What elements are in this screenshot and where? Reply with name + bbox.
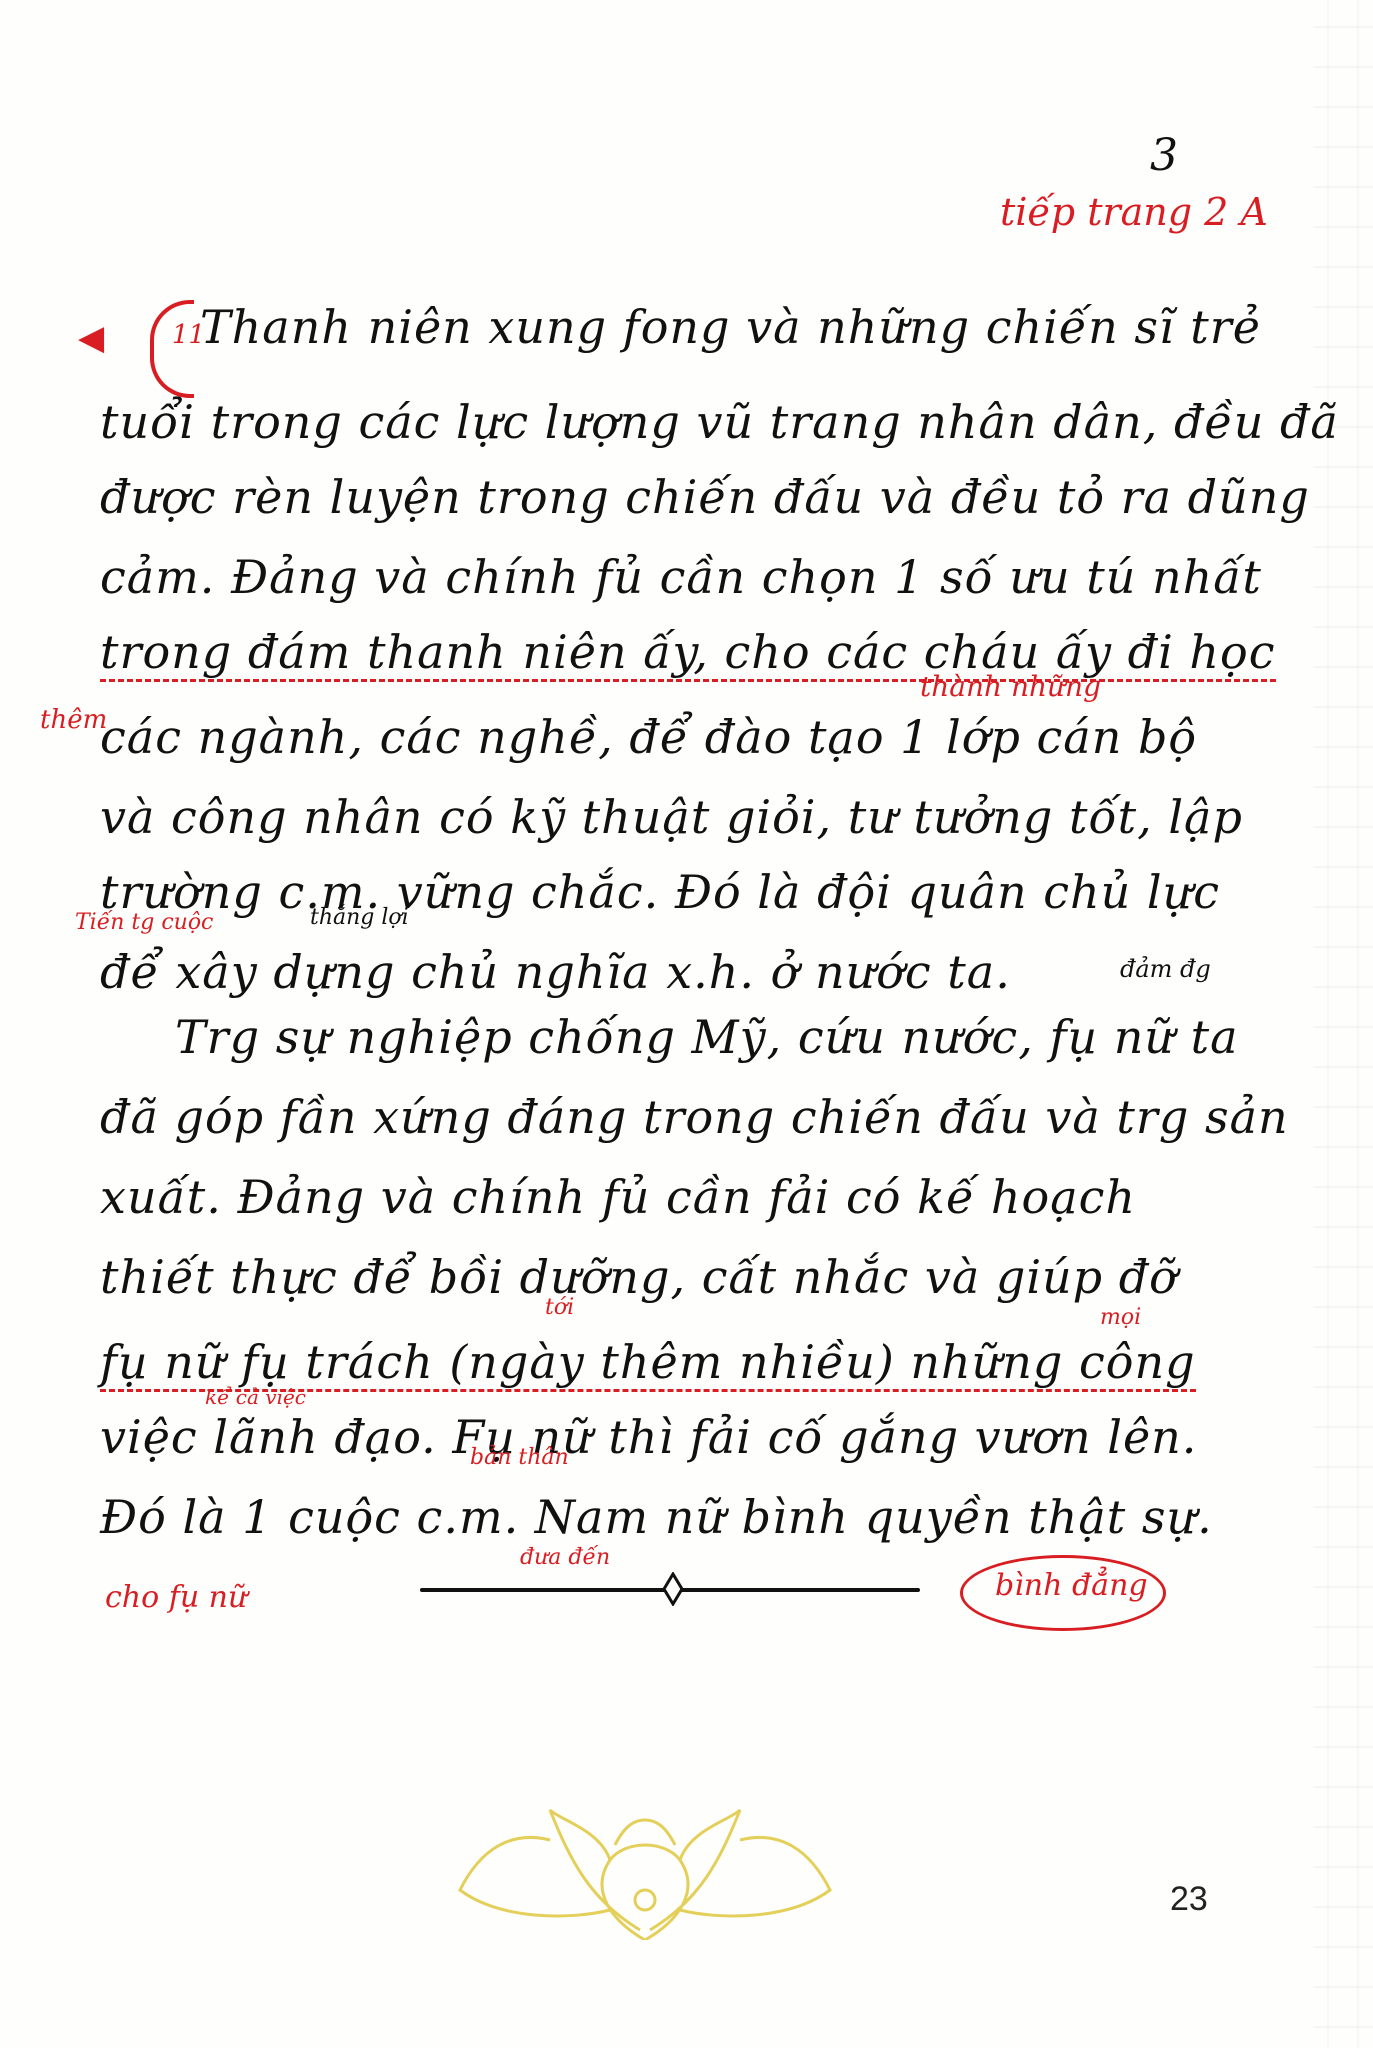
insert-dua-den: đưa đến [520, 1545, 610, 1570]
page-number: 23 [1170, 1880, 1208, 1919]
text-line-9: để xây dựng chủ nghĩa x.h. ở nước ta. [100, 945, 1011, 999]
insert-moi: mọi [1100, 1305, 1141, 1330]
footer-note-right: bình đẳng [995, 1568, 1148, 1603]
insert-toi: tới [545, 1295, 574, 1320]
insert-thanh-nhung: thành những [920, 670, 1101, 703]
text-line-2: tuổi trong các lực lượng vũ trang nhân d… [100, 395, 1339, 449]
text-line-7: và công nhân có kỹ thuật giỏi, tư tưởng … [100, 790, 1243, 844]
divider-diamond-icon [662, 1572, 684, 1606]
sheet-number: 3 [1150, 130, 1178, 181]
document-page: 3 tiếp trang 2 A ◀ 11 Thanh niên xung fo… [0, 0, 1373, 2048]
footer-note-left: cho fụ nữ [105, 1580, 247, 1615]
text-line-6: các ngành, các nghề, để đào tạo 1 lớp cá… [100, 710, 1197, 764]
decorative-border [1313, 0, 1373, 2048]
text-line-10: Trg sự nghiệp chống Mỹ, cứu nước, fụ nữ … [175, 1010, 1239, 1064]
text-line-8: trường c.m. vững chắc. Đó là đội quân ch… [100, 865, 1220, 919]
text-line-3: được rèn luyện trong chiến đấu và đều tỏ… [100, 470, 1310, 524]
insert-ban-than: bản thân [470, 1445, 569, 1470]
margin-arrow-mark: ◀ [78, 318, 104, 358]
text-line-4: cảm. Đảng và chính fủ cần chọn 1 số ưu t… [100, 550, 1262, 604]
text-line-1: Thanh niên xung fong và những chiến sĩ t… [200, 300, 1261, 354]
insert-thang-loi: thắng lợi [310, 905, 409, 930]
text-line-14: fụ nữ fụ trách (ngày thêm nhiều) những c… [100, 1335, 1196, 1392]
lotus-ornament-icon [440, 1800, 850, 1940]
text-line-15: việc lãnh đạo. Fụ nữ thì fải cố gắng vươ… [100, 1410, 1197, 1464]
continuation-note: tiếp trang 2 A [1000, 190, 1268, 234]
text-line-16: Đó là 1 cuộc c.m. Nam nữ bình quyền thật… [100, 1490, 1213, 1544]
text-line-11: đã góp fần xứng đáng trong chiến đấu và … [100, 1090, 1289, 1144]
insert-dam-dang: đảm đg [1120, 955, 1211, 983]
text-line-13: thiết thực để bồi dưỡng, cất nhắc và giú… [100, 1250, 1178, 1304]
insert-tien-cuoc: Tiến tg cuộc [75, 910, 213, 935]
insert-them: thêm [40, 705, 107, 735]
text-line-12: xuất. Đảng và chính fủ cần fải có kế hoạ… [100, 1170, 1136, 1224]
insert-ke-ca: kể cả việc [205, 1385, 306, 1409]
